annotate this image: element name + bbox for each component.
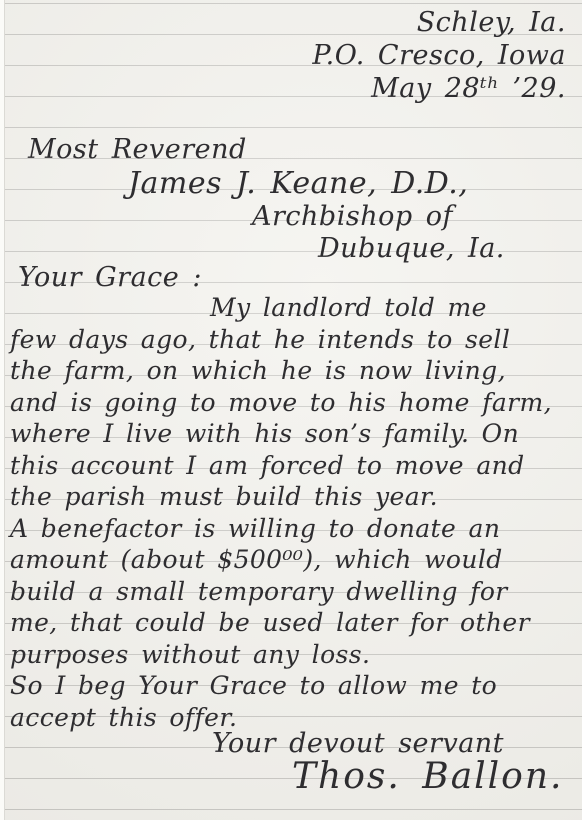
- recipient-name: James J. Keane, D.D.,: [128, 166, 468, 201]
- page-left-edge: [0, 0, 5, 820]
- recipient-city: Dubuque, Ia.: [318, 233, 505, 264]
- body-line: build a small temporary dwelling for: [10, 576, 576, 608]
- body-line: My landlord told me: [10, 292, 576, 324]
- letter-page: Schley, Ia. P.O. Cresco, Iowa May 28ᵗʰ ’…: [0, 0, 582, 820]
- body-line: amount (about $500⁰⁰), which would: [10, 544, 576, 576]
- body-line: few days ago, that he intends to sell: [10, 324, 576, 356]
- heading-date: May 28ᵗʰ ’29.: [312, 72, 566, 105]
- letter-heading: Schley, Ia. P.O. Cresco, Iowa May 28ᵗʰ ’…: [312, 6, 566, 105]
- salutation: Your Grace :: [18, 262, 202, 293]
- heading-place: Schley, Ia.: [312, 6, 566, 39]
- recipient-title: Archbishop of: [252, 201, 453, 232]
- recipient-honorific: Most Reverend: [28, 134, 247, 165]
- letter-body: My landlord told me few days ago, that h…: [10, 292, 576, 733]
- body-line: So I beg Your Grace to allow me to: [10, 670, 576, 702]
- signature: Thos. Ballon.: [292, 756, 563, 797]
- body-line: the parish must build this year.: [10, 481, 576, 513]
- body-line: and is going to move to his home farm,: [10, 387, 576, 419]
- body-line: purposes without any loss.: [10, 639, 576, 671]
- body-line: this account I am forced to move and: [10, 450, 576, 482]
- body-line: A benefactor is willing to donate an: [10, 513, 576, 545]
- body-line: me, that could be used later for other: [10, 607, 576, 639]
- heading-postal-address: P.O. Cresco, Iowa: [312, 39, 566, 72]
- closing-line: Your devout servant: [212, 728, 504, 759]
- body-line: the farm, on which he is now living,: [10, 355, 576, 387]
- body-line: where I live with his son’s family. On: [10, 418, 576, 450]
